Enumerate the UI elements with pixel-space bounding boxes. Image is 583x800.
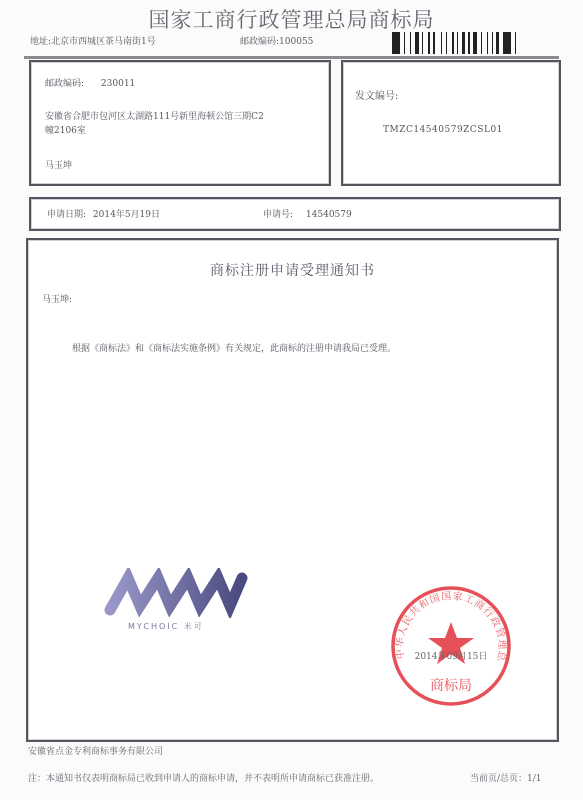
document-number-value: TMZC14540579ZCSL01 (383, 125, 503, 135)
trademark-logo-text: MYCHOIC 米可 (128, 621, 204, 632)
application-date-value: 2014年5月19日 (93, 210, 160, 220)
recipient-address: 安徽省合肥市包河区太湖路111号新里海顿公馆三期C2 幢2106室 (45, 110, 320, 138)
barcode (392, 32, 555, 54)
issuer-postcode-value: 100055 (279, 37, 313, 47)
issuer-title: 国家工商行政管理总局商标局 (0, 4, 583, 34)
issuer-postcode: 邮政编码:100055 (240, 34, 313, 47)
notice-salutation: 马玉坤: (42, 292, 72, 305)
application-box: 申请日期: 2014年5月19日 申请号: 14540579 (29, 197, 561, 231)
svg-text:商标局: 商标局 (430, 677, 472, 694)
page-indicator: 当前页/总页：1/1 (470, 771, 542, 784)
recipient-postcode-value: 230011 (101, 79, 135, 89)
recipient-postcode-label: 邮政编码: (45, 79, 84, 89)
recipient-name: 马玉坤 (45, 158, 72, 171)
document-number-label: 发文编号: (355, 87, 398, 102)
issuer-address: 地址:北京市西城区茶马南街1号 (30, 34, 156, 47)
recipient-address-line1: 安徽省合肥市包河区太湖路111号新里海顿公馆三期C2 (45, 110, 320, 124)
footer-note: 注：本通知书仅表明商标局已收到申请人的商标申请，并不表明所申请商标已获准注册。 (28, 771, 379, 784)
recipient-box: 邮政编码: 230011 安徽省合肥市包河区太湖路111号新里海顿公馆三期C2 … (29, 60, 331, 186)
recipient-postcode: 邮政编码: 230011 (45, 76, 135, 89)
svg-text:2014年09月15日: 2014年09月15日 (415, 650, 488, 662)
document-number-box: 发文编号: TMZC14540579ZCSL01 (341, 60, 561, 186)
recipient-address-line2: 幢2106室 (45, 124, 320, 138)
notice-title: 商标注册申请受理通知书 (28, 260, 557, 280)
official-seal: 中华人民共和国国家工商行政管理总局 2014年09月15日 商标局 (386, 584, 516, 708)
issuer-postcode-label: 邮政编码: (240, 37, 279, 47)
application-date-label: 申请日期: (47, 210, 86, 220)
trademark-logo (100, 568, 250, 618)
notice-body: 根据《商标法》和《商标法实施条例》有关规定，此商标的注册申请我局已受理。 (72, 341, 396, 354)
application-number: 申请号: 14540579 (263, 207, 352, 220)
agency-name: 安徽省点金专利商标事务有限公司 (28, 744, 163, 757)
header-divider (24, 56, 559, 59)
page-indicator-label: 当前页/总页： (470, 774, 527, 784)
application-number-label: 申请号: (263, 210, 293, 220)
page-indicator-value: 1/1 (527, 774, 541, 784)
application-date: 申请日期: 2014年5月19日 (47, 207, 160, 220)
application-number-value: 14540579 (306, 210, 352, 220)
